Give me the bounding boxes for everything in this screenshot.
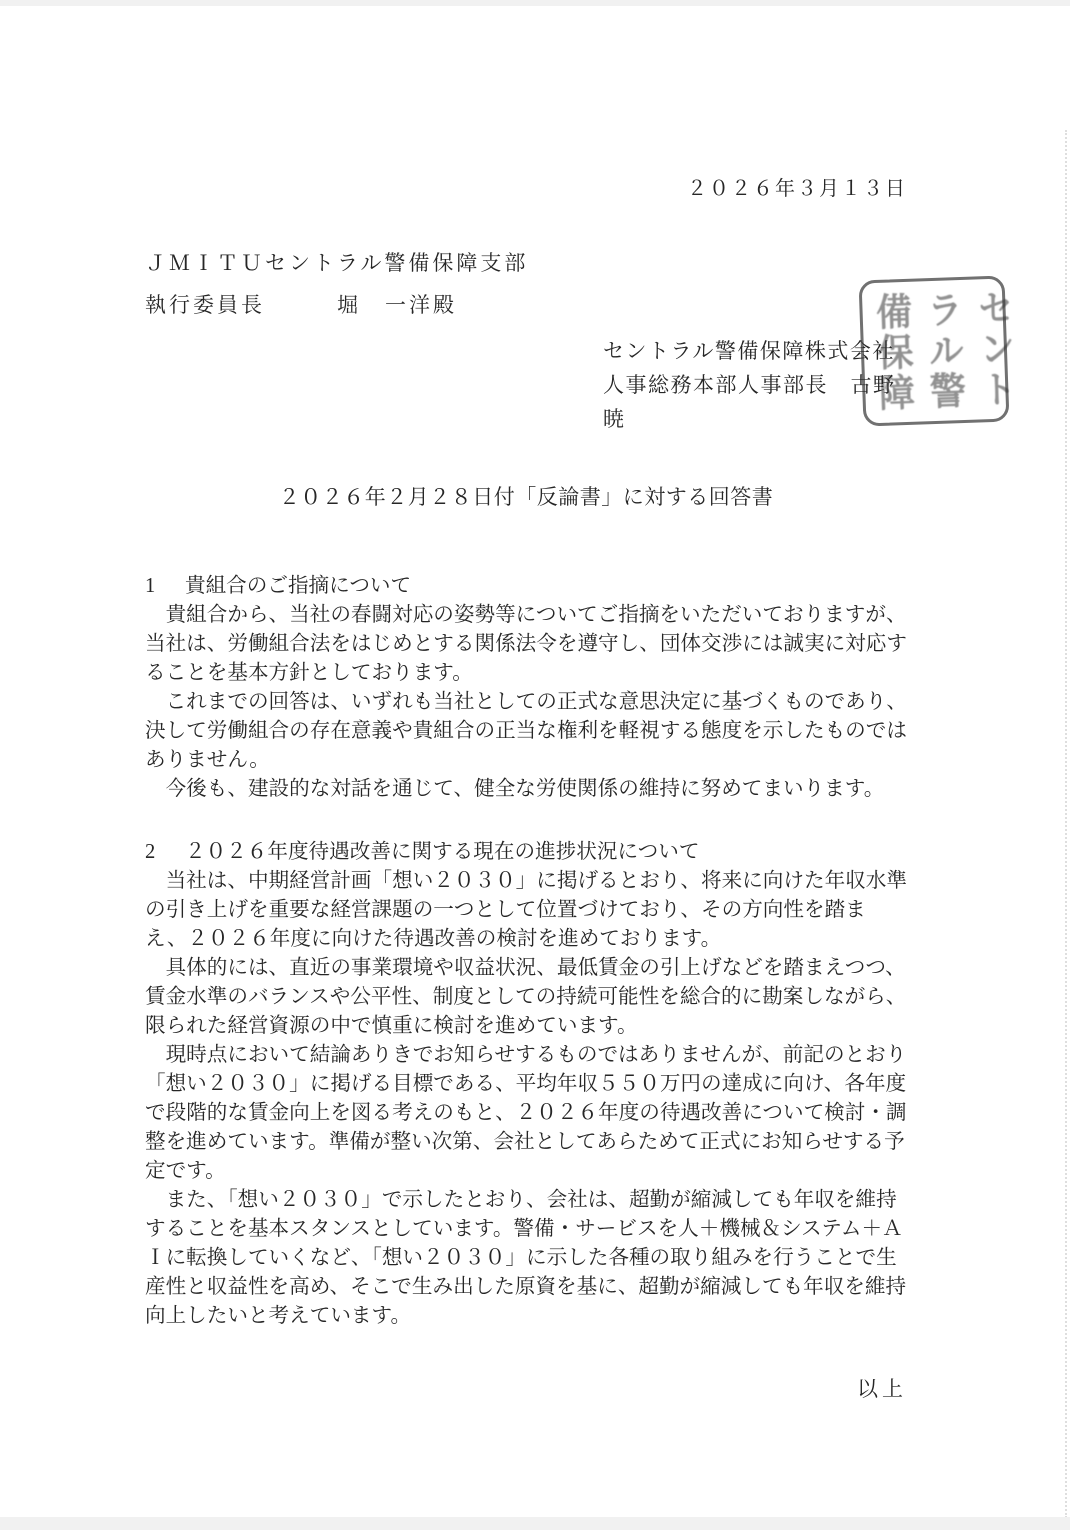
section-1-heading-text: 貴組合のご指摘について <box>185 572 411 601</box>
recipient-addressee: 執行委員長 堀 一洋殿 <box>145 284 907 326</box>
section-1-paragraph-1: 貴組合から、当社の春闘対応の姿勢等についてご指摘をいただいておりますが、当社は、… <box>145 601 907 688</box>
section-1: 1 貴組合のご指摘について 貴組合から、当社の春闘対応の姿勢等についてご指摘をい… <box>145 572 907 804</box>
section-2-number: 2 <box>145 838 185 867</box>
sender-block: セントラル警備保障株式会社 人事総務本部人事部長 古野 暁 セント ラル警 備保… <box>145 334 907 436</box>
scan-artifact-line <box>1065 130 1067 1518</box>
section-2-paragraph-3: 現時点において結論ありきでお知らせするものではありませんが、前記のとおり「想い２… <box>145 1041 907 1186</box>
seal-column-right: セント <box>968 287 1023 410</box>
scanned-letter-page: { "document": { "date": "２０２６年３月１３日", "r… <box>0 0 1070 1530</box>
section-2-paragraph-1: 当社は、中期経営計画「想い２０３０」に掲げるとおり、将来に向けた年収水準の引き上… <box>145 867 907 954</box>
sender-lines: セントラル警備保障株式会社 人事総務本部人事部長 古野 暁 <box>603 334 907 436</box>
section-2-paragraph-2: 具体的には、直近の事業環境や収益状況、最低賃金の引上げなどを踏まえつつ、賃金水準… <box>145 954 907 1041</box>
section-1-heading: 1 貴組合のご指摘について <box>145 572 907 601</box>
section-1-paragraph-2: これまでの回答は、いずれも当社としての正式な意思決定に基づくものであり、決して労… <box>145 688 907 775</box>
section-2-paragraph-4: また、「想い２０３０」で示したとおり、会社は、超勤が縮減しても年収を維持すること… <box>145 1186 907 1331</box>
document-title: ２０２６年２月２８日付「反論書」に対する回答書 <box>145 484 907 510</box>
document-body: ２０２６年３月１３日 ＪＭＩＴＵセントラル警備保障支部 執行委員長 堀 一洋殿 … <box>0 0 1070 1530</box>
section-2: 2 ２０２６年度待遇改善に関する現在の進捗状況について 当社は、中期経営計画「想… <box>145 838 907 1331</box>
section-1-paragraph-3: 今後も、建設的な対話を通じて、健全な労使関係の維持に努めてまいります。 <box>145 775 907 804</box>
recipient-organization: ＪＭＩＴＵセントラル警備保障支部 <box>145 242 907 284</box>
sender-company: セントラル警備保障株式会社 <box>603 334 907 368</box>
section-2-heading-text: ２０２６年度待遇改善に関する現在の進捗状況について <box>185 838 699 867</box>
seal-column-middle: ラル警 <box>917 289 972 412</box>
scan-edge-bottom <box>0 1517 1070 1530</box>
section-1-number: 1 <box>145 572 185 601</box>
section-2-heading: 2 ２０２６年度待遇改善に関する現在の進捗状況について <box>145 838 907 867</box>
closing-ijou: 以上 <box>145 1373 907 1403</box>
document-date: ２０２６年３月１３日 <box>145 176 907 202</box>
sender-signer: 人事総務本部人事部長 古野 暁 <box>603 368 907 436</box>
recipient-block: ＪＭＩＴＵセントラル警備保障支部 執行委員長 堀 一洋殿 <box>145 242 907 326</box>
